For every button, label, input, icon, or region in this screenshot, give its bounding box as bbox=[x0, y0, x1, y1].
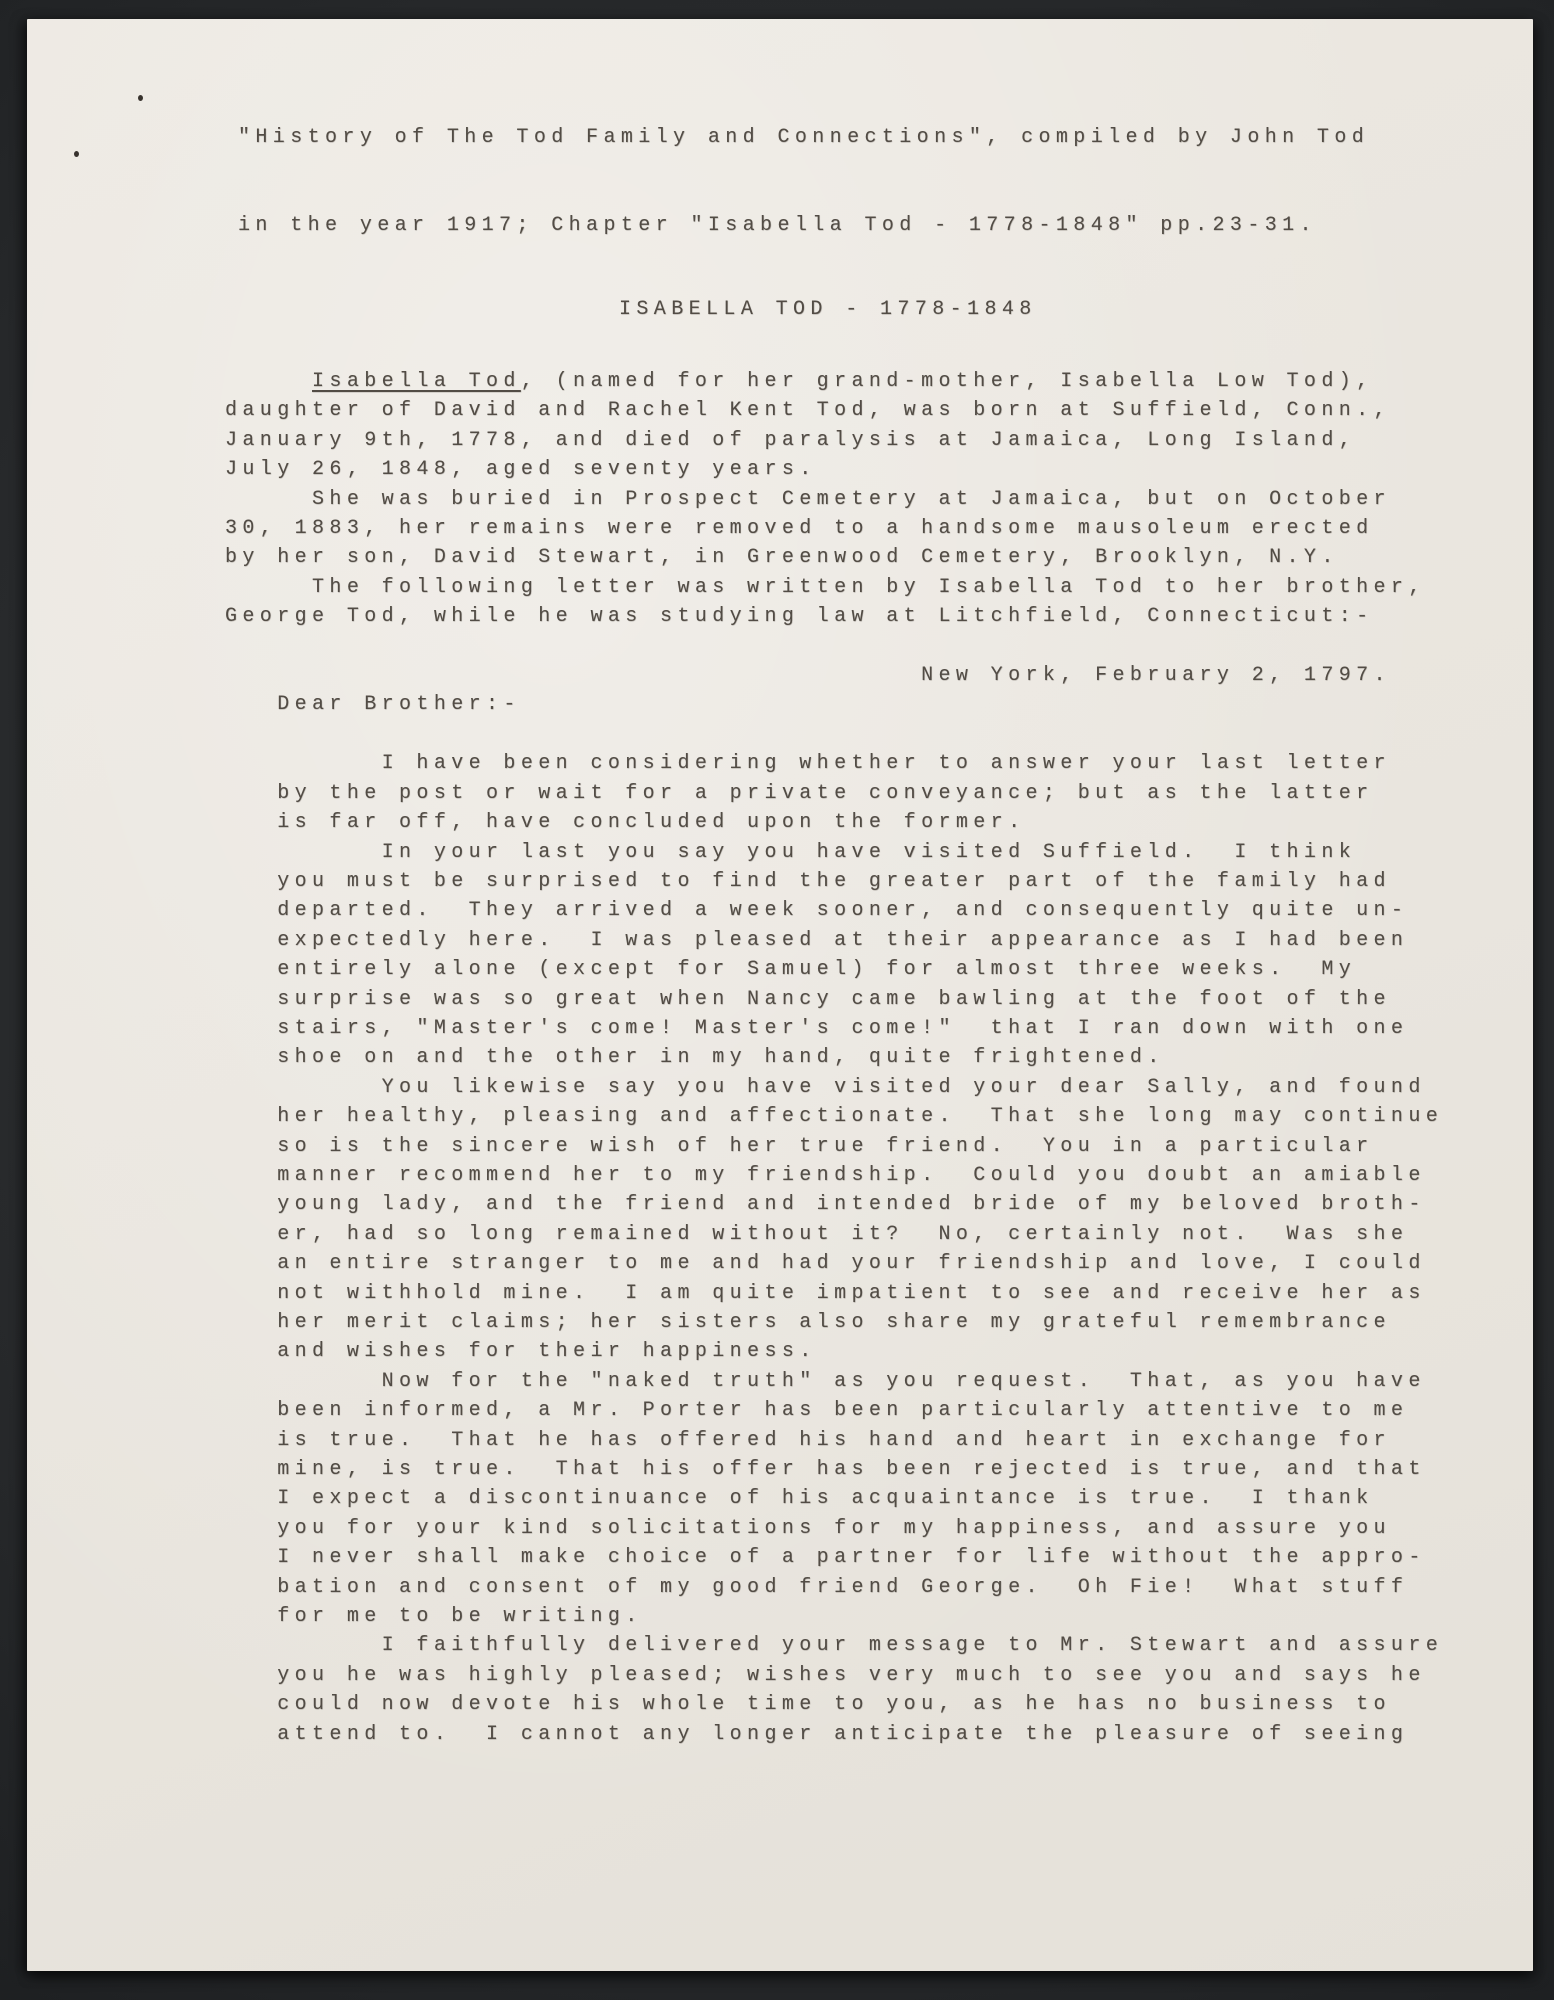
text-line: I never shall make choice of a partner f… bbox=[225, 1543, 1443, 1572]
text-line: er, had so long remained without it? No,… bbox=[225, 1220, 1443, 1249]
text-line: daughter of David and Rachel Kent Tod, w… bbox=[225, 396, 1443, 425]
text-line: George Tod, while he was studying law at… bbox=[225, 602, 1443, 631]
source-note-line: "History of The Tod Family and Connectio… bbox=[238, 123, 1369, 152]
text-line: I have been considering whether to answe… bbox=[225, 749, 1443, 778]
text-line: not withhold mine. I am quite impatient … bbox=[225, 1279, 1443, 1308]
text-line: so is the sincere wish of her true frien… bbox=[225, 1132, 1443, 1161]
text-line: an entire stranger to me and had your fr… bbox=[225, 1249, 1443, 1278]
underlined-name: Isabella Tod bbox=[312, 370, 521, 393]
text-line: expectedly here. I was pleased at their … bbox=[225, 926, 1443, 955]
text-line: I expect a discontinuance of his acquain… bbox=[225, 1484, 1443, 1513]
text-line: The following letter was written by Isab… bbox=[225, 573, 1443, 602]
text-line bbox=[225, 632, 1443, 661]
text-line: is far off, have concluded upon the form… bbox=[225, 808, 1443, 837]
text-line: you must be surprised to find the greate… bbox=[225, 867, 1443, 896]
ink-spot bbox=[138, 95, 143, 101]
text-line: and wishes for their happiness. bbox=[225, 1337, 1443, 1366]
text-line: her healthy, pleasing and affectionate. … bbox=[225, 1102, 1443, 1131]
text-line: you he was highly pleased; wishes very m… bbox=[225, 1661, 1443, 1690]
text-line: is true. That he has offered his hand an… bbox=[225, 1426, 1443, 1455]
text-line: been informed, a Mr. Porter has been par… bbox=[225, 1396, 1443, 1425]
text-line: bation and consent of my good friend Geo… bbox=[225, 1573, 1443, 1602]
text-line: by the post or wait for a private convey… bbox=[225, 779, 1443, 808]
text-line: surprise was so great when Nancy came ba… bbox=[225, 985, 1443, 1014]
source-note-line: in the year 1917; Chapter "Isabella Tod … bbox=[238, 211, 1369, 240]
text-line: young lady, and the friend and intended … bbox=[225, 1190, 1443, 1219]
text-line bbox=[225, 720, 1443, 749]
text-line: you for your kind solicitations for my h… bbox=[225, 1514, 1443, 1543]
ink-spot bbox=[74, 151, 79, 157]
text-line: by her son, David Stewart, in Greenwood … bbox=[225, 543, 1443, 572]
text-line: for me to be writing. bbox=[225, 1602, 1443, 1631]
text-line: New York, February 2, 1797. bbox=[225, 661, 1443, 690]
text-line: her merit claims; her sisters also share… bbox=[225, 1308, 1443, 1337]
text-line: Now for the "naked truth" as you request… bbox=[225, 1367, 1443, 1396]
text-line: July 26, 1848, aged seventy years. bbox=[225, 455, 1443, 484]
text-line: departed. They arrived a week sooner, an… bbox=[225, 896, 1443, 925]
text-line: attend to. I cannot any longer anticipat… bbox=[225, 1720, 1443, 1749]
source-note: "History of The Tod Family and Connectio… bbox=[238, 64, 1369, 299]
text-line: 30, 1883, her remains were removed to a … bbox=[225, 514, 1443, 543]
text-line: entirely alone (except for Samuel) for a… bbox=[225, 955, 1443, 984]
text-line: Dear Brother:- bbox=[225, 690, 1443, 719]
text-line: mine, is true. That his offer has been r… bbox=[225, 1455, 1443, 1484]
letter-body: Isabella Tod, (named for her grand-mothe… bbox=[225, 367, 1443, 1749]
chapter-title: ISABELLA TOD - 1778-1848 bbox=[619, 295, 1037, 324]
text-line: She was buried in Prospect Cemetery at J… bbox=[225, 485, 1443, 514]
text-line: manner recommend her to my friendship. C… bbox=[225, 1161, 1443, 1190]
text-line: You likewise say you have visited your d… bbox=[225, 1073, 1443, 1102]
text-line: In your last you say you have visited Su… bbox=[225, 838, 1443, 867]
text-line: January 9th, 1778, and died of paralysis… bbox=[225, 426, 1443, 455]
text-line: I faithfully delivered your message to M… bbox=[225, 1631, 1443, 1660]
text-line: could now devote his whole time to you, … bbox=[225, 1690, 1443, 1719]
text-line: Isabella Tod, (named for her grand-mothe… bbox=[225, 367, 1443, 396]
text-line: shoe on and the other in my hand, quite … bbox=[225, 1043, 1443, 1072]
text-line: stairs, "Master's come! Master's come!" … bbox=[225, 1014, 1443, 1043]
